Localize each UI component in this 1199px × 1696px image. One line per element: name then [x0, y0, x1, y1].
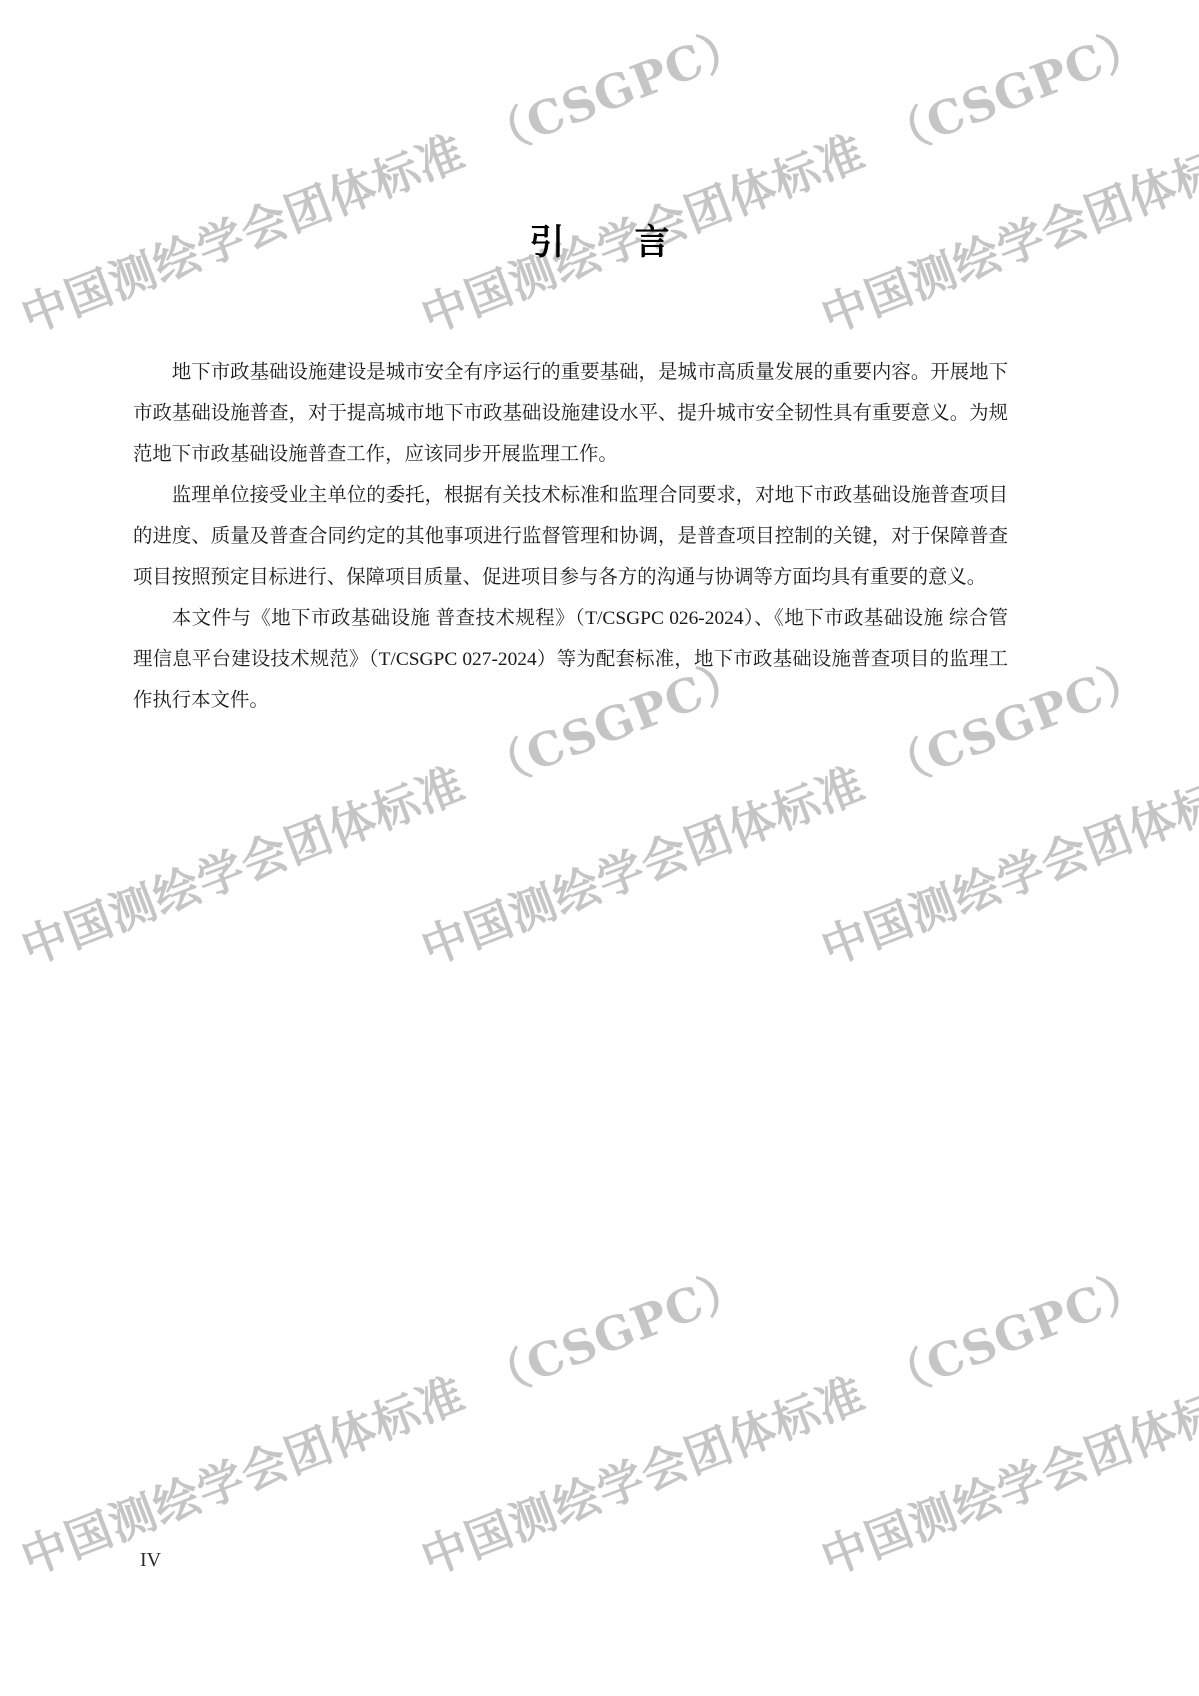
text-line: 作执行本文件。 [133, 680, 1008, 721]
watermark-text: 中国测绘学会团体标准 （CSGPC） [12, 11, 757, 348]
text-line: 本文件与《地下市政基础设施 普查技术规程》（T/CSGPC 026-2024）、… [133, 598, 1008, 639]
watermark-text: 中国测绘学会团体标准 （CSGPC） [412, 1253, 1157, 1590]
text-line: 地下市政基础设施建设是城市安全有序运行的重要基础，是城市高质量发展的重要内容。开… [133, 352, 1008, 393]
watermark-text: 中国测绘学会团体标准 （CSGPC） [412, 11, 1157, 348]
document-page: 中国测绘学会团体标准 （CSGPC）中国测绘学会团体标准 （CSGPC）中国测绘… [0, 0, 1199, 1696]
page-title: 引 言 [0, 222, 1199, 264]
text-line: 理信息平台建设技术规范》（T/CSGPC 027-2024）等为配套标准，地下市… [133, 639, 1008, 680]
page-number: IV [140, 1549, 161, 1572]
text-line: 监理单位接受业主单位的委托，根据有关技术标准和监理合同要求，对地下市政基础设施普… [133, 475, 1008, 516]
body-text: 地下市政基础设施建设是城市安全有序运行的重要基础，是城市高质量发展的重要内容。开… [133, 352, 1008, 721]
text-line: 市政基础设施普查，对于提高城市地下市政基础设施建设水平、提升城市安全韧性具有重要… [133, 393, 1008, 434]
text-line: 范地下市政基础设施普查工作，应该同步开展监理工作。 [133, 434, 1008, 475]
watermark-text: 中国测绘学会团体标准 （CSGPC） [12, 1253, 757, 1590]
text-line: 的进度、质量及普查合同约定的其他事项进行监督管理和协调，是普查项目控制的关键，对… [133, 516, 1008, 557]
text-line: 项目按照预定目标进行、保障项目质量、促进项目参与各方的沟通与协调等方面均具有重要… [133, 557, 1008, 598]
